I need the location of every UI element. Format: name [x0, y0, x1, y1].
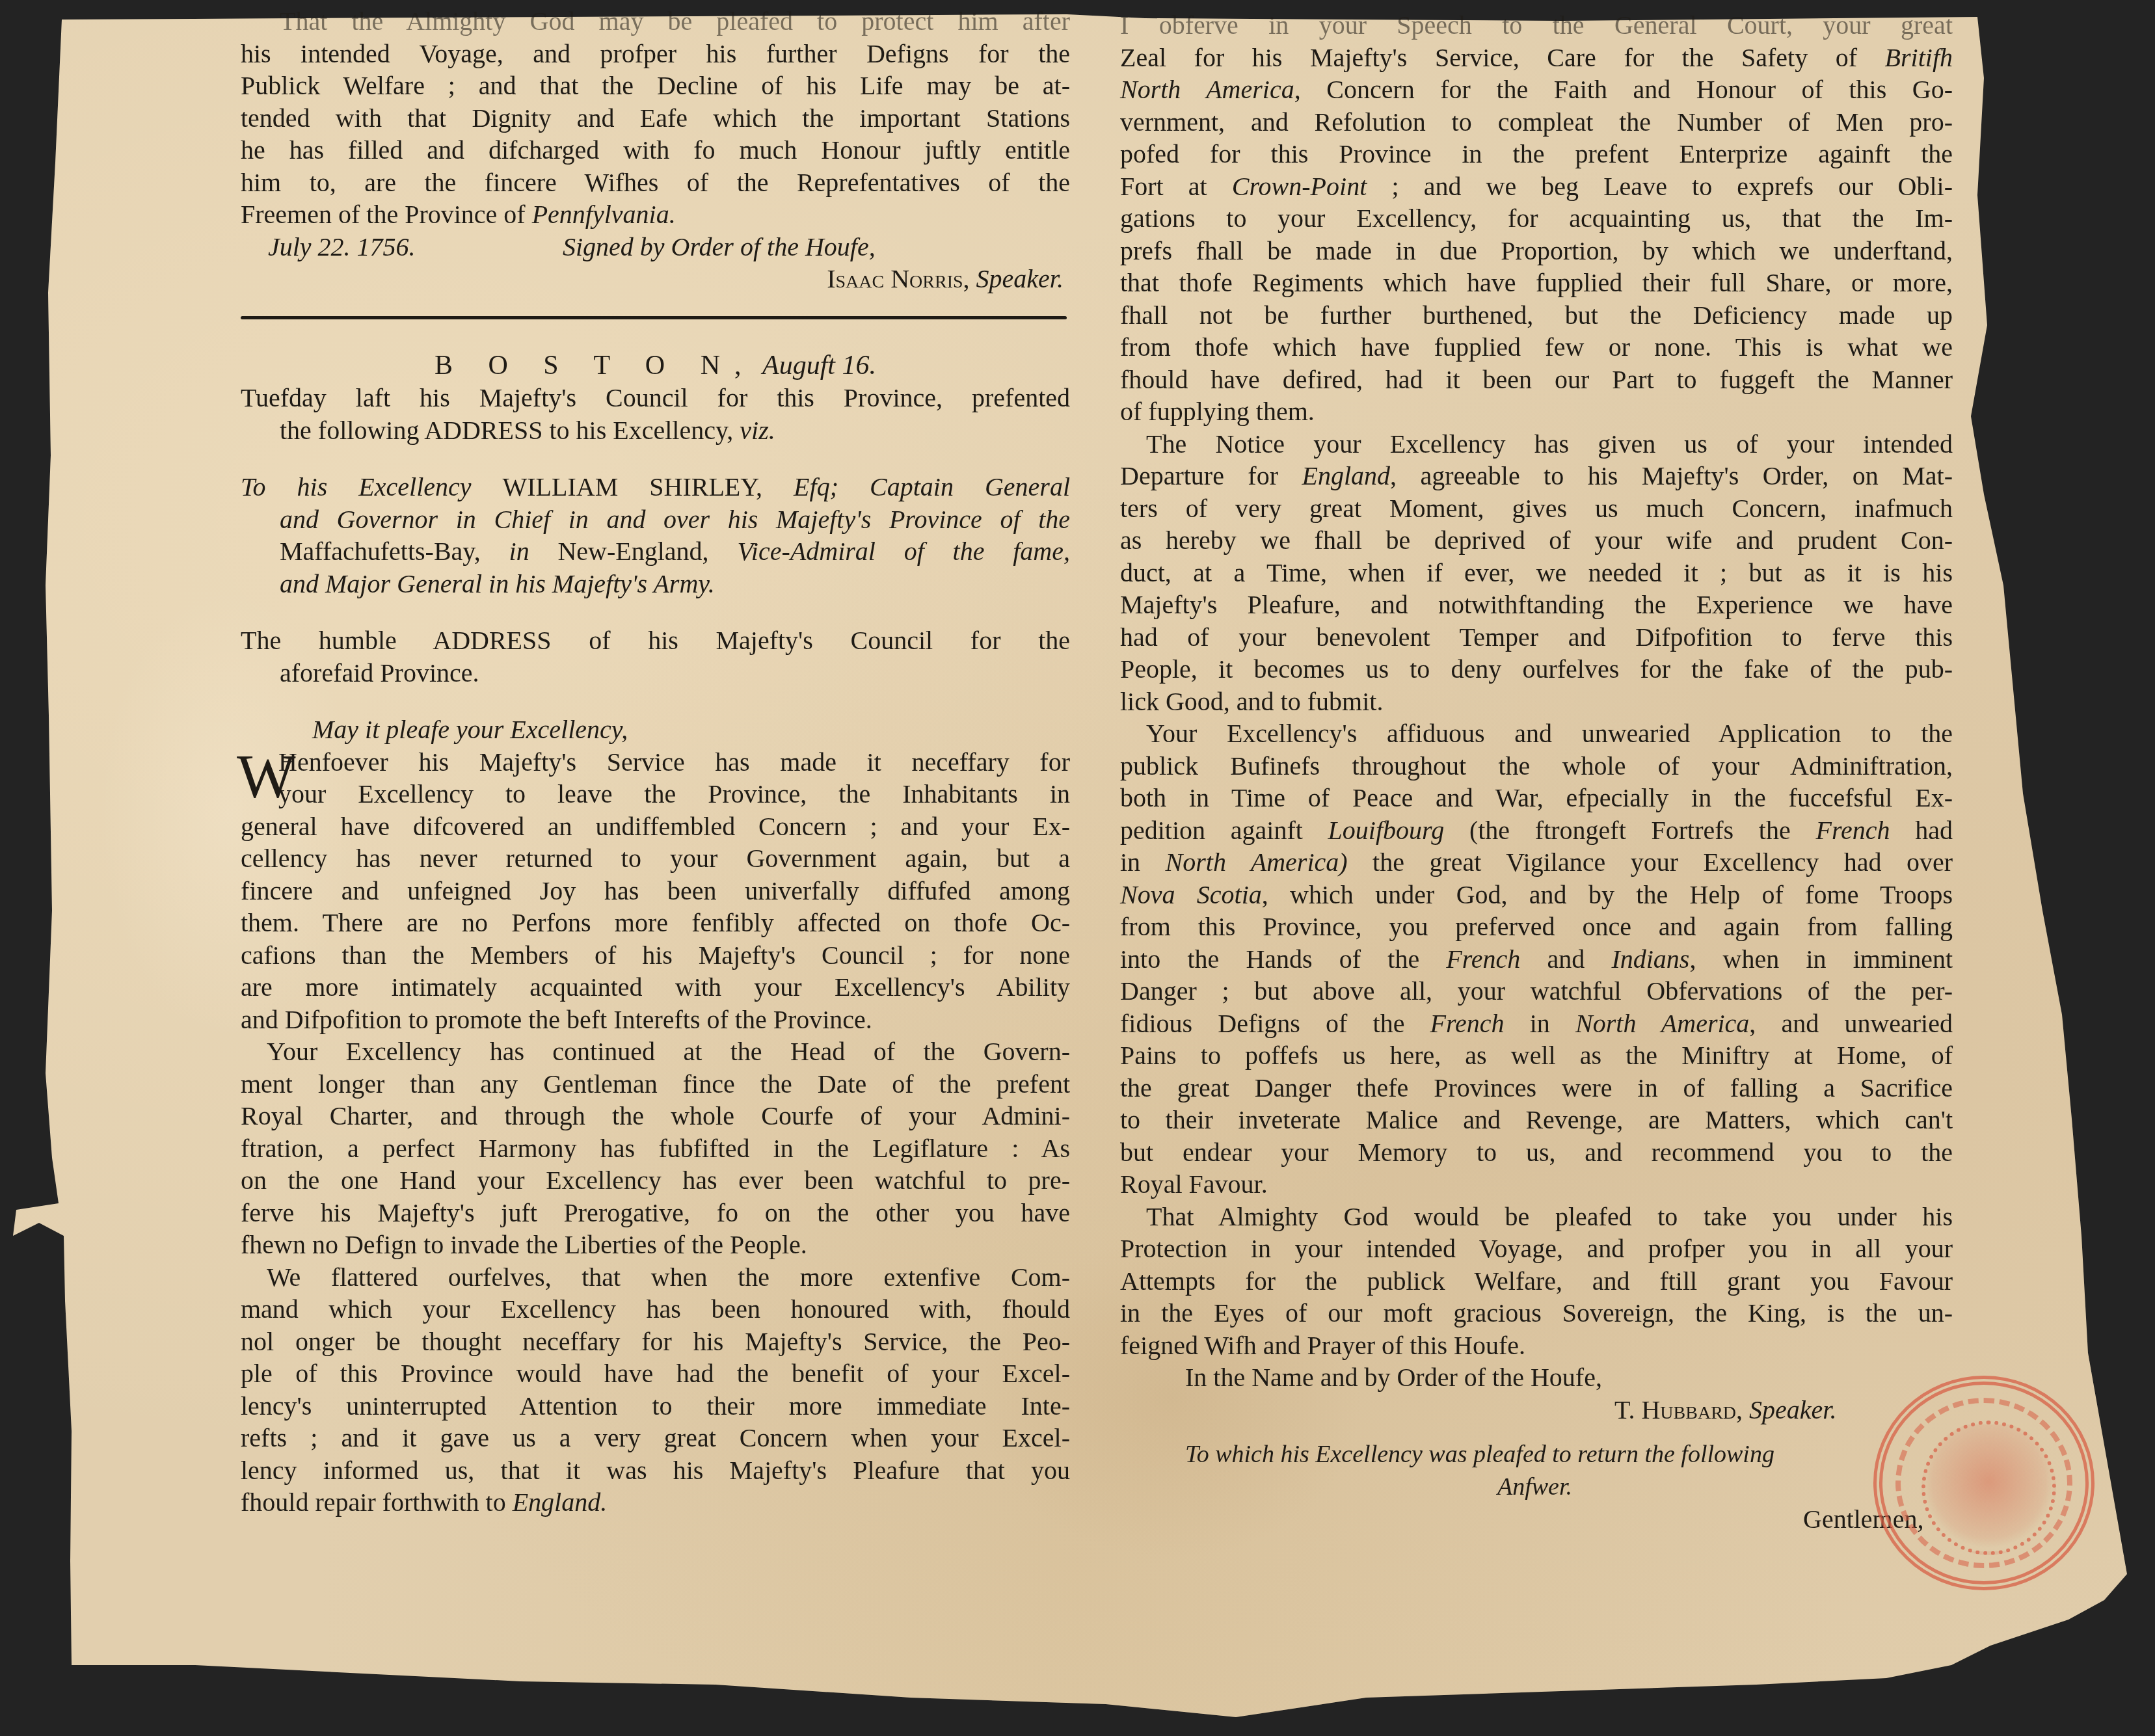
text-line: in the Eyes of our moft gracious Soverei…: [1120, 1297, 1953, 1329]
may-it-please: May it pleafe your Excellency,: [241, 714, 1070, 746]
text-fragment: Fort at: [1120, 172, 1232, 201]
text-fragment: , and unwearied: [1749, 1009, 1953, 1038]
text-fragment: Departure for: [1120, 461, 1302, 490]
spacer: [1120, 1426, 1953, 1439]
text-fragment: , when in imminent: [1689, 944, 1953, 974]
text-line: Majefty's Pleafure, and notwithftanding …: [1120, 589, 1953, 621]
text-line: on the one Hand your Excellency has ever…: [241, 1164, 1070, 1197]
text-fragment: and: [1520, 944, 1611, 974]
text-line: duct, at a Time, when if ever, we needed…: [1120, 557, 1953, 589]
spacer: [241, 600, 1070, 624]
text-fragment: French: [1815, 816, 1890, 845]
spacer: [241, 689, 1070, 714]
text-line: Tuefday laft his Majefty's Council for t…: [241, 382, 1070, 414]
text-line: ment longer than any Gentleman fince the…: [241, 1068, 1070, 1101]
text-fragment: (the ftrongeft Fortrefs the: [1444, 816, 1815, 845]
text-line: prefs fhall be made in due Proportion, b…: [1120, 235, 1953, 267]
text-line: your Excellency to leave the Province, t…: [241, 778, 1070, 810]
text-line: WHenfoever his Majefty's Service has mad…: [241, 746, 1070, 779]
text-line: gations to your Excellency, for acquaint…: [1120, 202, 1953, 235]
text-line: North America, Concern for the Faith and…: [1120, 73, 1953, 106]
drop-cap: W: [237, 749, 296, 805]
reply-intro: To which his Excellency was pleafed to r…: [1120, 1439, 1953, 1471]
text-line: cafions than the Members of his Majefty'…: [241, 939, 1070, 972]
spacer: [241, 446, 1070, 471]
partial-top-line: I obferve in your Speech to the General …: [1120, 9, 1953, 42]
place-name: Louifbourg: [1328, 816, 1445, 845]
signer-name: T. Hubbard,: [1614, 1395, 1743, 1424]
text-fragment: the great Vigilance your Excellency had …: [1348, 848, 1953, 877]
text-line: We flattered ourfelves, that when the mo…: [241, 1261, 1070, 1294]
date: July 22. 1756.: [268, 231, 416, 263]
signer-line: Isaac Norris, Speaker.: [241, 263, 1070, 295]
signer-name: Isaac Norris,: [827, 264, 969, 293]
left-column: That the Almighty God may be pleafed to …: [241, 5, 1070, 1519]
text-line: that thofe Regiments which have fupplied…: [1120, 267, 1953, 299]
closing-line: In the Name and by Order of the Houfe,: [1120, 1361, 1953, 1394]
text-fragment: in: [509, 537, 558, 566]
signature-line: July 22. 1756. Signed by Order of the Ho…: [241, 231, 1070, 263]
recipient-name: WILLIAM SHIRLEY,: [503, 472, 794, 501]
text-line: feigned Wifh and Prayer of this Houfe.: [1120, 1329, 1953, 1362]
text-fragment: pedition againft: [1120, 816, 1328, 845]
red-tax-stamp: [1873, 1376, 2095, 1590]
text-line: ple of this Province would have had the …: [241, 1357, 1070, 1390]
text-fragment: Zeal for his Majefty's Service, Care for…: [1120, 43, 1885, 72]
text-line: as hereby we fhall be deprived of your w…: [1120, 524, 1953, 557]
text-line: and Difpofition to promote the beft Inte…: [241, 1004, 1070, 1036]
text-line: That Almighty God would be pleafed to ta…: [1120, 1201, 1953, 1233]
text-line: People, it becomes us to deny ourfelves …: [1120, 653, 1953, 686]
text-fragment: North America,: [1120, 75, 1326, 104]
right-column: I obferve in your Speech to the General …: [1120, 9, 1953, 1536]
place-name: Pennfylvania.: [532, 200, 676, 229]
text-fragment: , which under God, and by the Help of fo…: [1262, 880, 1953, 909]
text-line: lick Good, and to fubmit.: [1120, 686, 1953, 718]
text-line: lency's uninterrupted Attention to their…: [241, 1390, 1070, 1422]
text-fragment: Henfoever his Majefty's Service has made…: [278, 747, 1070, 777]
reply-intro: Anfwer.: [1120, 1471, 1953, 1504]
text-line: Danger ; but above all, your watchful Ob…: [1120, 975, 1953, 1008]
text-line: in North America) the great Vigilance yo…: [1120, 846, 1953, 879]
place-name: England.: [513, 1488, 608, 1517]
stamp-emblem: [1921, 1421, 2056, 1555]
place-name: North America: [1575, 1009, 1749, 1038]
text-line: vernment, and Refolution to compleat the…: [1120, 106, 1953, 139]
text-line: the great Danger thefe Provinces were in…: [1120, 1072, 1953, 1104]
text-line: him to, are the fincere Wifhes of the Re…: [241, 167, 1070, 199]
text-line: nol onger be thought neceffary for his M…: [241, 1326, 1070, 1358]
text-line: refts ; and it gave us a very great Conc…: [241, 1422, 1070, 1454]
text-line: Pains to poffefs us here, as well as the…: [1120, 1039, 1953, 1072]
text-line: tended with that Dignity and Eafe which …: [241, 102, 1070, 135]
section-divider-rule: [241, 316, 1067, 319]
text-line: the following ADDRESS to his Excellency,…: [241, 414, 1070, 447]
text-line: fhall not be further burthened, but the …: [1120, 299, 1953, 332]
text-line: are more intimately acquainted with your…: [241, 971, 1070, 1004]
text-line: to their inveterate Malice and Revenge, …: [1120, 1104, 1953, 1136]
text-fragment: French: [1446, 944, 1520, 974]
text-fragment: To his Excellency: [241, 472, 503, 501]
text-line: fincere and unfeigned Joy has been unive…: [241, 875, 1070, 907]
text-fragment: had: [1890, 816, 1953, 845]
text-line: into the Hands of the French and Indians…: [1120, 943, 1953, 976]
text-line: Nova Scotia, which under God, and by the…: [1120, 879, 1953, 911]
text-line: ftration, a perfect Harmony has fubfifte…: [241, 1132, 1070, 1165]
salutation-line: and Major General in his Majefty's Army.: [241, 568, 1070, 600]
text-line: The humble ADDRESS of his Majefty's Coun…: [241, 624, 1070, 657]
text-line: aforefaid Province.: [241, 657, 1070, 689]
text-line: Royal Charter, and through the whole Cou…: [241, 1100, 1070, 1132]
text-fragment: , agreeable to his Majefty's Order, on M…: [1390, 461, 1953, 490]
text-line: Publick Welfare ; and that the Decline o…: [241, 70, 1070, 102]
text-line: Royal Favour.: [1120, 1168, 1953, 1201]
text-fragment: Efq; Captain General: [794, 472, 1070, 501]
text-line: The Notice your Excellency has given us …: [1120, 428, 1953, 461]
text-line: both in Time of Peace and War, efpeciall…: [1120, 782, 1953, 814]
text-line: Departure for England, agreeable to his …: [1120, 460, 1953, 492]
text-line: ferve his Majefty's juft Prerogative, fo…: [241, 1197, 1070, 1229]
text-fragment: French: [1430, 1009, 1505, 1038]
text-fragment: fhould repair forthwith to: [241, 1488, 513, 1517]
text-fragment: Maffachufetts-Bay,: [280, 537, 509, 566]
text-line: fhewn no Defign to invade the Liberties …: [241, 1229, 1070, 1261]
signed-by: Signed by Order of the Houfe,: [563, 231, 876, 263]
text-line: from thofe which have fupplied few or no…: [1120, 331, 1953, 364]
text-fragment: in: [1120, 848, 1166, 877]
place-name: North America): [1166, 848, 1348, 877]
text-line: cellency has never returned to your Gove…: [241, 842, 1070, 875]
text-line: lency informed us, that it was his Majef…: [241, 1454, 1070, 1487]
text-fragment: viz.: [740, 416, 775, 445]
text-fragment: Indians: [1611, 944, 1689, 974]
text-line: fhould have defired, had it been our Par…: [1120, 364, 1953, 396]
text-fragment: Britifh: [1885, 43, 1953, 72]
text-line: Protection in your intended Voyage, and …: [1120, 1233, 1953, 1265]
text-line: had of your benevolent Temper and Difpof…: [1120, 621, 1953, 654]
signer-title: Speaker.: [976, 264, 1064, 293]
text-line: them. There are no Perfons more fenfibly…: [241, 907, 1070, 939]
text-line: pedition againft Louifbourg (the ftronge…: [1120, 814, 1953, 847]
text-fragment: ; and we beg Leave to exprefs our Obli-: [1367, 172, 1953, 201]
signer-line: T. Hubbard, Speaker.: [1120, 1394, 1953, 1426]
text-line: Fort at Crown-Point ; and we beg Leave t…: [1120, 170, 1953, 203]
place-name: Nova Scotia: [1120, 880, 1262, 909]
text-line: fhould repair forthwith to England.: [241, 1486, 1070, 1519]
dateline-date: Auguft 16.: [762, 351, 876, 381]
text-line: fidious Defigns of the French in North A…: [1120, 1008, 1953, 1040]
text-line: his intended Voyage, and profper his fur…: [241, 38, 1070, 70]
text-line: but endear your Memory to us, and recomm…: [1120, 1136, 1953, 1169]
text-fragment: New-England,: [557, 537, 737, 566]
salutation-line: To his Excellency WILLIAM SHIRLEY, Efq; …: [241, 471, 1070, 503]
place-name: Crown-Point: [1232, 172, 1367, 201]
text-line: Your Excellency's affiduous and unwearie…: [1120, 717, 1953, 750]
text-fragment: Vice-Admiral of the fame,: [737, 537, 1070, 566]
text-line: Zeal for his Majefty's Service, Care for…: [1120, 42, 1953, 74]
text-fragment: Freemen of the Province of: [241, 200, 532, 229]
text-line: general have difcovered an undiffembled …: [241, 810, 1070, 843]
signer-title: Speaker.: [1749, 1395, 1836, 1424]
text-fragment: the following ADDRESS to his Excellency,: [280, 416, 740, 445]
salutation-line: and Governor in Chief in and over his Ma…: [241, 503, 1070, 536]
text-line: he has filled and difcharged with fo muc…: [241, 134, 1070, 167]
reply-salutation: Gentlemen,: [1120, 1503, 1953, 1536]
text-line: publick Bufinefs throughout the whole of…: [1120, 750, 1953, 782]
place-name: England: [1302, 461, 1390, 490]
text-line: Attempts for the publick Welfare, and ft…: [1120, 1265, 1953, 1298]
dateline: B O S T O N, Auguft 16.: [241, 350, 1070, 382]
text-line: pofed for this Province in the prefent E…: [1120, 138, 1953, 170]
text-line: of fupplying them.: [1120, 395, 1953, 428]
text-fragment: Concern for the Faith and Honour of this…: [1326, 75, 1953, 104]
text-line: ters of very great Moment, gives us much…: [1120, 492, 1953, 525]
text-fragment: into the Hands of the: [1120, 944, 1446, 974]
dateline-city: B O S T O N,: [435, 351, 756, 381]
salutation-line: Maffachufetts-Bay, in New-England, Vice-…: [241, 535, 1070, 568]
partial-top-line: That the Almighty God may be pleafed to …: [241, 5, 1070, 38]
text-line: from this Province, you preferved once a…: [1120, 911, 1953, 943]
text-line: Your Excellency has continued at the Hea…: [241, 1035, 1070, 1068]
spacer: [241, 295, 1070, 350]
text-line: mand which your Excellency has been hono…: [241, 1293, 1070, 1326]
text-fragment: fidious Defigns of the: [1120, 1009, 1430, 1038]
text-line: Freemen of the Province of Pennfylvania.: [241, 198, 1070, 231]
text-fragment: in: [1505, 1009, 1575, 1038]
